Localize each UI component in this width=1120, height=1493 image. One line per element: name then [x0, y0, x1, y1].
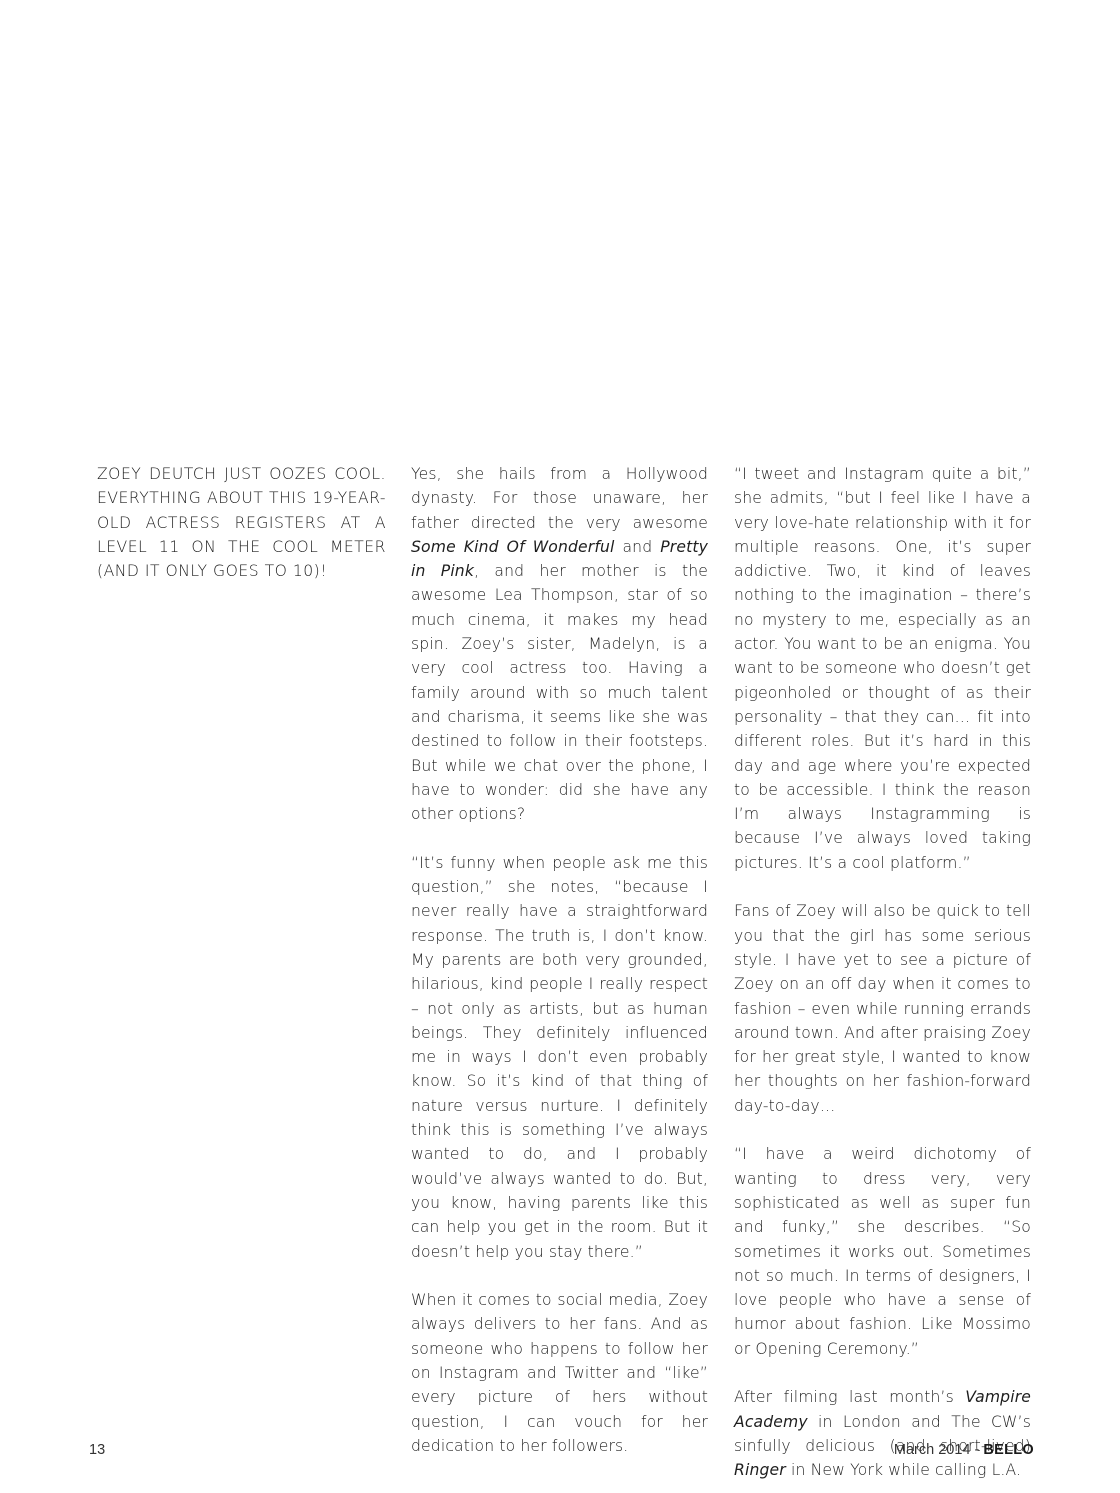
paragraph: Fans of Zoey will also be quick to tell …	[734, 899, 1031, 1118]
text-run: Yes, she hails from a Hollywood dynasty.…	[411, 465, 708, 532]
intro-text: Zoey Deutch just oozes cool. Everything …	[89, 462, 386, 583]
article-column-3: “I tweet and Instagram quite a bit,” she…	[734, 462, 1031, 1482]
film-title: Some Kind Of Wonderful	[411, 538, 615, 556]
page-number: 13	[89, 1442, 105, 1458]
paragraph: Yes, she hails from a Hollywood dynasty.…	[411, 462, 708, 826]
text-run: and	[615, 538, 661, 556]
intro-deck: Zoey Deutch just oozes cool. Everything …	[89, 462, 386, 583]
text-run: , and her mother is the awesome Lea Thom…	[411, 562, 708, 823]
paragraph: “It’s funny when people ask me this ques…	[411, 851, 708, 1264]
show-title: Ringer	[734, 1461, 786, 1479]
paragraph: When it comes to social media, Zoey alwa…	[411, 1288, 708, 1458]
text-run: After filming last month’s	[734, 1388, 965, 1406]
article-column-2: Yes, she hails from a Hollywood dynasty.…	[411, 462, 708, 1458]
paragraph: “I have a weird dichotomy of wanting to …	[734, 1142, 1031, 1361]
issue-footer: March 2014 - BELLO	[894, 1442, 1034, 1458]
magazine-page: Zoey Deutch just oozes cool. Everything …	[0, 0, 1120, 1493]
issue-date: March 2014 -	[894, 1442, 983, 1458]
paragraph: “I tweet and Instagram quite a bit,” she…	[734, 462, 1031, 875]
text-run: in New York while calling L.A.	[786, 1461, 1021, 1479]
brand-name: BELLO	[983, 1442, 1034, 1458]
paragraph: After filming last month’s Vampire Acade…	[734, 1385, 1031, 1482]
